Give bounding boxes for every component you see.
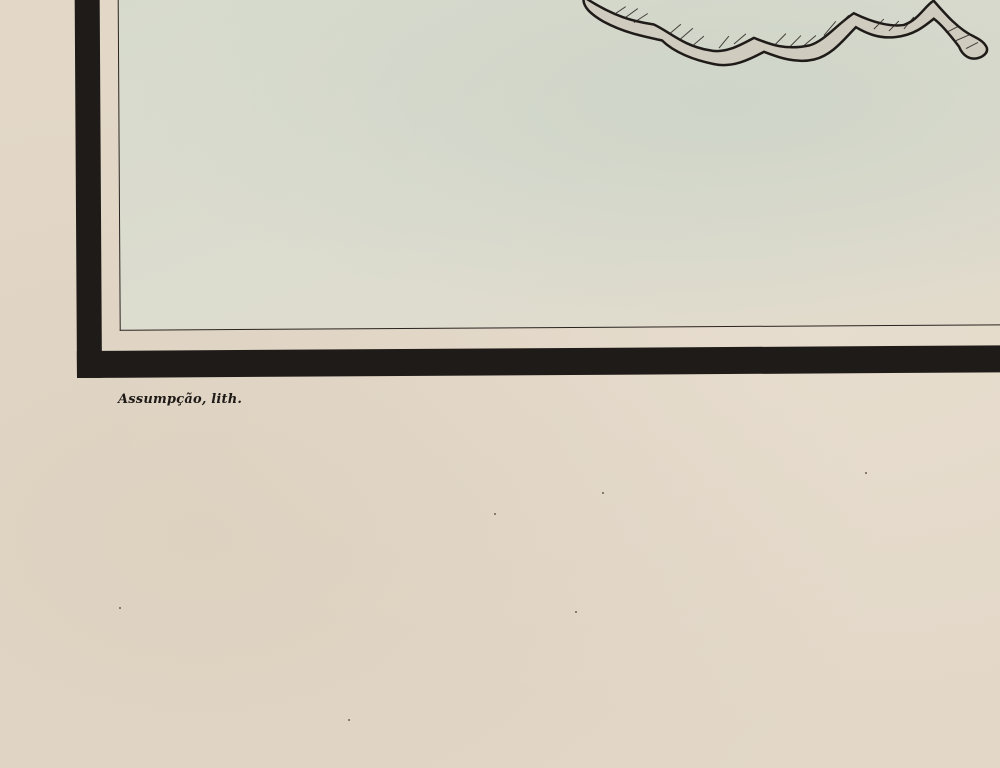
- plate-border-left: [75, 0, 102, 378]
- paper-speck: [119, 607, 121, 609]
- plate-frame: [75, 0, 1000, 378]
- paper-speck: [494, 513, 496, 515]
- paper-speck: [865, 472, 867, 474]
- plate-border-bottom: [77, 345, 1000, 378]
- paper-speck: [602, 492, 604, 494]
- illustration-panel: [118, 0, 1000, 331]
- paper-speck: [348, 719, 350, 721]
- rock-outcrop-illustration: [574, 0, 995, 77]
- lithographer-imprint: Assumpção, lith.: [118, 392, 242, 407]
- paper-speck: [575, 611, 577, 613]
